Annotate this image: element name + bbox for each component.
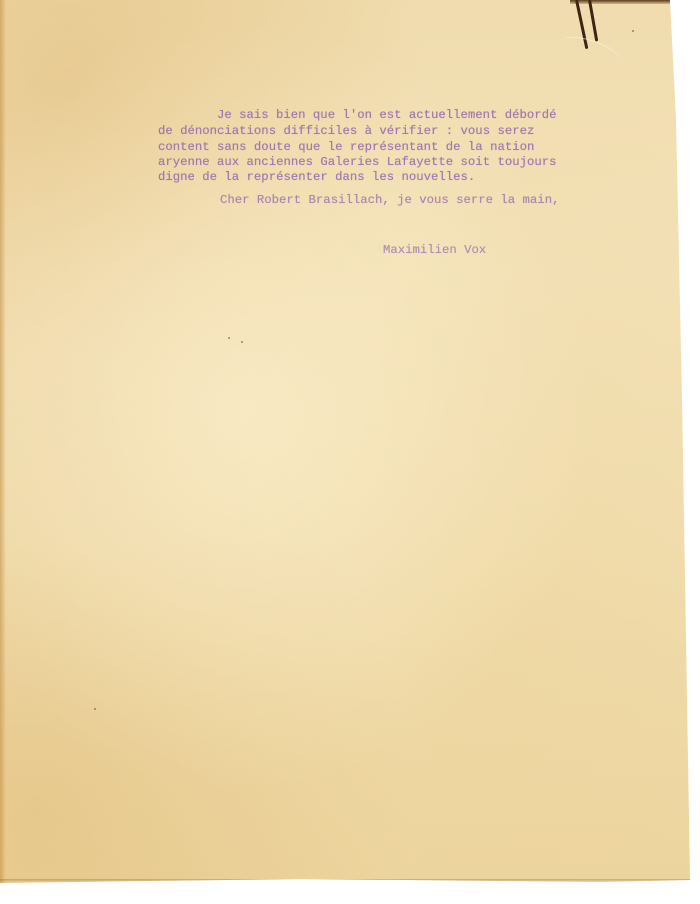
staple-mark-icon bbox=[588, 0, 598, 42]
paper-edge-shadow bbox=[0, 0, 6, 883]
letter-body-line: digne de la représenter dans les nouvell… bbox=[158, 171, 475, 183]
letter-body-line: content sans doute que le représentant d… bbox=[158, 141, 534, 153]
paper-speck bbox=[241, 341, 243, 343]
letter-body-line: de dénonciations difficiles à vérifier :… bbox=[158, 125, 534, 137]
paper-sheet: Je sais bien que l'on est actuellement d… bbox=[0, 0, 700, 904]
paper-speck bbox=[228, 337, 230, 339]
paper-speck bbox=[632, 30, 634, 32]
letter-signature: Maximilien Vox bbox=[383, 244, 486, 256]
letter-body-line: Je sais bien que l'on est actuellement d… bbox=[217, 109, 556, 121]
letter-closing: Cher Robert Brasillach, je vous serre la… bbox=[220, 194, 559, 206]
paper-speck bbox=[94, 708, 96, 710]
top-edge-stain bbox=[570, 0, 670, 4]
document-scan: Je sais bien que l'on est actuellement d… bbox=[0, 0, 700, 904]
paper-bottom-edge bbox=[0, 879, 690, 882]
paper-crease bbox=[558, 31, 622, 70]
letter-body-line: aryenne aux anciennes Galeries Lafayette… bbox=[158, 156, 556, 168]
